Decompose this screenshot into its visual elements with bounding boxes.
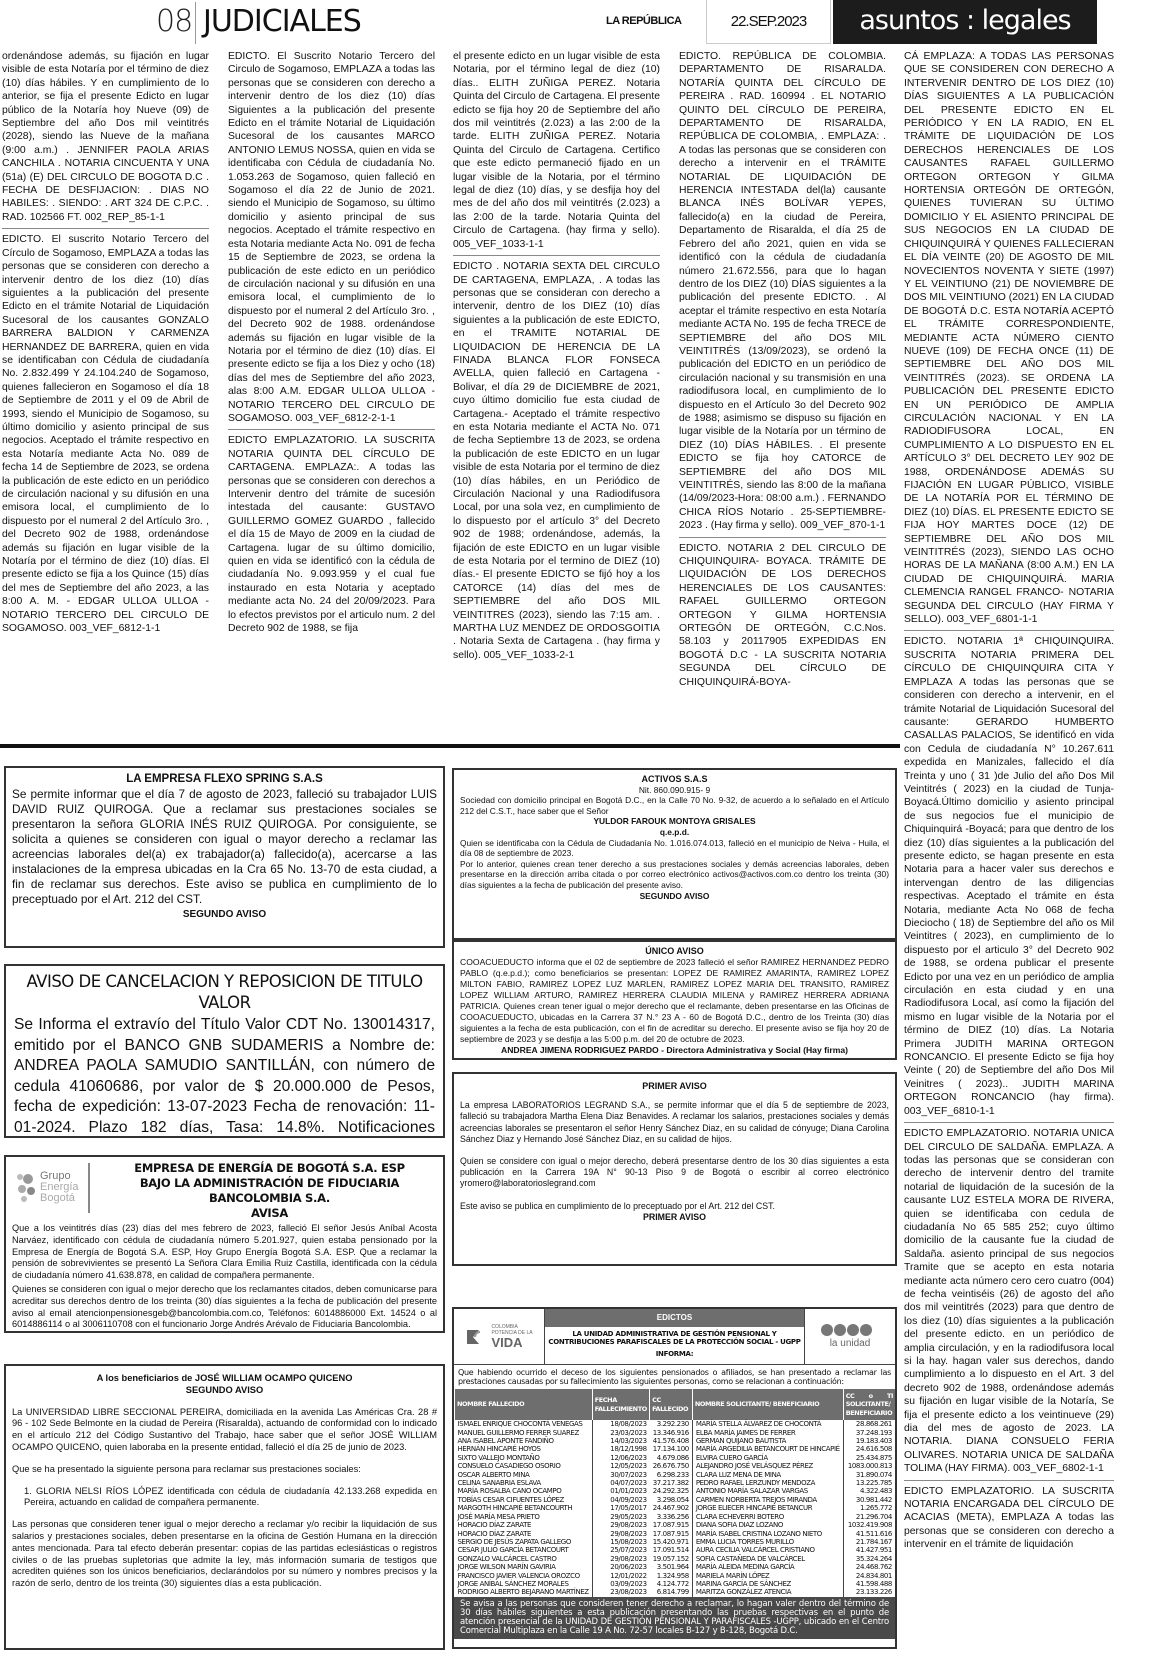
ad-body: Se permite informar que el día 7 de agos… [12,787,437,907]
ugpp-title-block: EDICTOS LA UNIDAD ADMINISTRATIVA DE GEST… [544,1309,805,1364]
table-row: MARÍA ROSALBA CANO OCAMPO01/01/202324.29… [455,1487,896,1495]
ad-title: ACTIVOS S.A.S [460,774,889,785]
table-cell: HORACIO DÍAZ ZARATE [455,1521,593,1529]
ad-body-3: Las personas que consideren tener igual … [12,1519,437,1590]
table-cell: 19.183.403 [843,1437,895,1445]
ad-intro: Sociedad con domicilio principal en Bogo… [460,795,889,816]
ad-body: La UNIVERSIDAD LIBRE SECCIONAL PEREIRA, … [12,1407,437,1454]
table-cell: MARÍA STELLA ÁLVAREZ DE CHOCONTÁ [692,1420,843,1428]
table-cell: 04/07/2023 [592,1479,649,1487]
table-cell: 15.420.971 [650,1538,693,1546]
ad-body: Que a los veintitrés días (23) días del … [12,1223,437,1282]
table-cell: 41.576.408 [650,1437,693,1445]
ad-body-2: Por lo anterior, quienes crean tener der… [460,859,889,891]
table-cell: 26.676.750 [650,1462,693,1470]
ad-ugpp-edictos: COLOMBIA POTENCIA DE LA VIDA EDICTOS LA … [452,1307,897,1649]
table-row: FRANCISCO JAVIER VALENCIA OROZCO12/01/20… [455,1572,896,1580]
table-cell: 6.298.233 [650,1471,693,1479]
table-cell: 1.324.958 [650,1572,693,1580]
table-row: JOSÉ MARÍA MESA PRIETO29/05/20233.336.25… [455,1513,896,1521]
table-cell: 17.087.915 [650,1530,693,1538]
table-cell: 3.292.230 [650,1420,693,1428]
table-row: OSCAR ALBERTO MINA30/07/20236.298.233CLA… [455,1471,896,1479]
table-cell: 17/05/2017 [592,1504,649,1512]
ad-title: A los beneficiarios de JOSÉ WILLIAM OCAM… [12,1373,437,1385]
table-row: HORACIO DÍAZ ZARATE29/08/202317.087.915D… [455,1521,896,1529]
table-cell: 17.134.100 [650,1445,693,1453]
table-cell: MARÍA ALEIDA MEDINA GARCÍA [692,1563,843,1571]
table-cell: 31.890.074 [843,1471,895,1479]
edictos-bar: EDICTOS [545,1309,804,1327]
table-cell: JORGE ELIECER HINCAPIÉ BETANCUR [692,1504,843,1512]
table-cell: 29/05/2023 [592,1513,649,1521]
ad-subtitle: SEGUNDO AVISO [12,1385,437,1397]
ad-flexo-spring: LA EMPRESA FLEXO SPRING S.A.S Se permite… [4,766,445,948]
table-cell: CONSUELO CASADIEGO OSORIO [455,1462,593,1470]
table-cell: 21.296.704 [843,1513,895,1521]
ad-body: COOACUEDUCTO informa que el 02 de septie… [460,957,889,1045]
table-cell: 14/03/2023 [592,1437,649,1445]
column-5: CÁ EMPLAZA: A TODAS LAS PERSONAS QUE SE … [904,50,1114,1653]
table-cell: 1.265.772 [843,1504,895,1512]
page-number: 08 [156,4,192,39]
col-header: NOMBRE SOLICITANTE/ BENEFICIARIO [692,1389,843,1420]
column-4: EDICTO. REPÚBLICA DE COLOMBIA. DEPARTAME… [679,50,886,742]
table-cell: 24.468.762 [843,1563,895,1571]
ad-body: Se Informa el extravío del Título Valor … [14,1015,435,1138]
colombia-vida-logo: COLOMBIA POTENCIA DE LA VIDA [454,1309,544,1364]
ad-heading: EMPRESA DE ENERGÍA DE BOGOTÁ S.A. ESP BA… [102,1161,437,1221]
table-cell: 24.834.801 [843,1572,895,1580]
table-body: ISMAEL ENRIQUE CHOCONTÁ VENEGAS18/08/202… [455,1420,896,1597]
table-cell: 15/08/2023 [592,1538,649,1546]
ad-body: La empresa LABORATORIOS LEGRAND S.A., se… [460,1100,889,1145]
ad-footer: SEGUNDO AVISO [12,907,437,922]
header-divider [195,2,196,44]
edict-text: CÁ EMPLAZA: A TODAS LAS PERSONAS QUE SE … [904,50,1114,631]
table-cell: 29/08/2023 [592,1521,649,1529]
ugpp-title: LA UNIDAD ADMINISTRATIVA DE GESTIÓN PENS… [545,1330,804,1347]
edict-text: ordenándose además, su fijación en lugar… [2,50,209,229]
table-row: CONSUELO CASADIEGO OSORIO12/05/202326.67… [455,1462,896,1470]
table-cell: ANTONIO MARÍA SALAZAR VARGAS [692,1487,843,1495]
table-cell: 4.322.483 [843,1487,895,1495]
col-header: CC FALLECIDO [650,1389,693,1420]
table-row: ISMAEL ENRIQUE CHOCONTÁ VENEGAS18/08/202… [455,1420,896,1428]
table-cell: MARITZA GONZÁLEZ ATENCIA [692,1588,843,1596]
logo-divider [88,1163,90,1213]
table-row: HERNÁN HINCAPIÉ HOYOS18/12/199817.134.10… [455,1445,896,1453]
table-row: GONZALO VALCÁRCEL CASTRO29/08/202319.057… [455,1555,896,1563]
heading-1: EMPRESA DE ENERGÍA DE BOGOTÁ S.A. ESP [102,1161,437,1176]
edict-text: EDICTO . NOTARIA SEXTA DEL CIRCULO DE CA… [453,260,660,666]
page-header: 08 JUDICIALES LA REPÚBLICA 22.SEP.2023 a… [0,0,1174,46]
table-cell: 37.248.193 [843,1429,895,1437]
table-cell: 17.091.514 [650,1546,693,1554]
table-cell: SIXTO VALLEJO MONTAÑO [455,1454,593,1462]
table-cell: 20/06/2023 [592,1563,649,1571]
column-1: ordenándose además, su fijación en lugar… [2,50,209,742]
edict-text: el presente edicto en un lugar visible d… [453,50,660,256]
table-cell: 13.225.785 [843,1479,895,1487]
ad-footer: PRIMER AVISO [460,1212,889,1223]
table-cell: 30.981.442 [843,1496,895,1504]
table-cell: ELVIRA CUERO GARCÍA [692,1454,843,1462]
table-cell: 24.292.325 [650,1487,693,1495]
deceased-name: YULDOR FAROUK MONTOYA GRISALES [460,816,889,827]
edict-text: EDICTO EMPLAZATORIO. NOTARIA UNICA DEL C… [904,1127,1114,1481]
table-cell: 30/07/2023 [592,1471,649,1479]
table-cell: CLARA ECHEVERRI BOTERO [692,1513,843,1521]
ad-body: Quien se identificaba con la Cédula de C… [460,838,889,859]
ugpp-footer: Se avisa a las personas que consideren t… [454,1597,895,1639]
table-cell: MARIELA MARÍN LÓPEZ [692,1572,843,1580]
table-cell: 35.324.264 [843,1555,895,1563]
edict-text: EDICTO. El Suscrito Notario Tercero del … [228,50,435,430]
table-cell: 23.133.226 [843,1588,895,1596]
table-cell: 23/03/2023 [592,1429,649,1437]
edict-text: EDICTO EMPLAZATORIO. LA SUSCRITA NOTARIA… [228,434,435,639]
ad-laboratorios-legrand: PRIMER AVISO La empresa LABORATORIOS LEG… [452,1072,897,1266]
table-cell: 18/08/2023 [592,1420,649,1428]
table-cell: 04/09/2023 [592,1496,649,1504]
table-cell: 41.598.488 [843,1580,895,1588]
edict-text: EDICTO. REPÚBLICA DE COLOMBIA. DEPARTAME… [679,50,886,538]
table-cell: CLARA LUZ MENA DE MINA [692,1471,843,1479]
table-cell: 25.434.875 [843,1454,895,1462]
ad-title: LA EMPRESA FLEXO SPRING S.A.S [12,772,437,787]
table-cell: 24.467.902 [650,1504,693,1512]
table-cell: 24.616.508 [843,1445,895,1453]
table-cell: 19.057.152 [650,1555,693,1563]
table-cell: 18/12/1998 [592,1445,649,1453]
table-cell: 6.814.799 [650,1588,693,1596]
ad-nit: Nit. 860.090.915- 9 [460,785,889,796]
table-cell: 1083.000.813 [843,1462,895,1470]
table-row: MARGOTH HINCAPIÉ BETANCOURTH17/05/201724… [455,1504,896,1512]
table-row: CESAR JULIO GARCÍA BETANCOURT25/07/20231… [455,1546,896,1554]
table-cell: 17.087.915 [650,1521,693,1529]
logo-text: la unidad [830,1337,871,1351]
table-cell: FRANCISCO JAVIER VALENCIA OROZCO [455,1572,593,1580]
table-cell: JOSÉ MARÍA MESA PRIETO [455,1513,593,1521]
table-cell: 4.679.086 [650,1454,693,1462]
table-cell: MARGOTH HINCAPIÉ BETANCOURTH [455,1504,593,1512]
table-row: RODRIGO ALBERTO BEJARANO MARTÍNEZ23/08/2… [455,1588,896,1596]
table-row: HORACIO DÍAZ ZARATE29/08/202317.087.915M… [455,1530,896,1538]
table-cell: 29/08/2023 [592,1530,649,1538]
table-cell: 3.336.256 [650,1513,693,1521]
issue-date: 22.SEP.2023 [706,0,831,44]
table-cell: 12/01/2022 [592,1572,649,1580]
table-cell: ELBA MARÍA JAIMES DE FERRER [692,1429,843,1437]
ad-body-2: Que se ha presentado la siguiente person… [12,1464,437,1476]
claimant-item: 1. GLORIA NELSI RÍOS LÓPEZ identificada … [24,1486,437,1510]
ad-body-2: Quien se considere con igual o mejor der… [460,1156,889,1190]
column-2: EDICTO. El Suscrito Notario Tercero del … [228,50,435,742]
table-cell: MARÍA ROSALBA CANO OCAMPO [455,1487,593,1495]
table-cell: MARÍA ISABEL CRISTINA LOZANO NIETO [692,1530,843,1538]
table-cell: 23/08/2023 [592,1588,649,1596]
ad-title: PRIMER AVISO [460,1081,889,1092]
publication-name: LA REPÚBLICA [606,15,681,27]
ugpp-header: COLOMBIA POTENCIA DE LA VIDA EDICTOS LA … [454,1309,895,1365]
table-cell: 3.501.964 [650,1563,693,1571]
table-cell: ISMAEL ENRIQUE CHOCONTÁ VENEGAS [455,1420,593,1428]
beneficiaries-table: NOMBRE FALLECIDO FECHA FALLECIMIENTO CC … [454,1389,895,1597]
ad-signature: ANDREA JIMENA RODRIGUEZ PARDO - Director… [460,1045,889,1056]
brand-logo: asuntos : legales [833,0,1097,44]
column-3: el presente edicto en un lugar visible d… [453,50,660,742]
table-cell: 3.298.054 [650,1496,693,1504]
table-cell: MANUEL GUILLERMO FERRER SUAREZ [455,1429,593,1437]
table-cell: JORGE WILSON MARÍN GAVIRIA [455,1563,593,1571]
ad-activos: ACTIVOS S.A.S Nit. 860.090.915- 9 Socied… [452,768,897,940]
table-cell: RODRIGO ALBERTO BEJARANO MARTÍNEZ [455,1588,593,1596]
ad-body-3: Este aviso se publica en cumplimiento de… [460,1201,889,1212]
table-cell: DIANA SOFIA DIAZ LOZANO [692,1521,843,1529]
edict-text: EDICTO. El suscrito Notario Tercero del … [2,233,209,639]
ad-title: ÚNICO AVISO [460,946,889,957]
section-divider [0,744,900,748]
logo-text: Bogotá [40,1193,79,1204]
ugpp-intro: Que habiendo ocurrido el deceso de los s… [454,1365,895,1389]
col-header: FECHA FALLECIMIENTO [592,1389,649,1420]
table-cell: 03/09/2023 [592,1580,649,1588]
heading-2: BAJO LA ADMINISTRACIÓN DE FIDUCIARIA BAN… [102,1176,437,1206]
table-cell: 41.427.951 [843,1546,895,1554]
table-cell: 28.868.261 [843,1420,895,1428]
table-cell: 37.217.382 [650,1479,693,1487]
table-cell: CESAR JULIO GARCÍA BETANCOURT [455,1546,593,1554]
grupo-energia-logo: Grupo Energía Bogotá [14,1169,84,1219]
table-cell: 25/07/2023 [592,1546,649,1554]
unidad-dots-icon [820,1323,880,1337]
table-cell: 13.346.916 [650,1429,693,1437]
ad-universidad-libre: A los beneficiarios de JOSÉ WILLIAM OCAM… [4,1364,445,1650]
heading-3: AVISA [102,1206,437,1221]
table-row: JORGE WILSON MARÍN GAVIRIA20/06/20233.50… [455,1563,896,1571]
edict-text: EDICTO. NOTARIA 1ª CHIQUINQUIRA. SUSCRIT… [904,635,1114,1123]
table-row: MANUEL GUILLERMO FERRER SUAREZ23/03/2023… [455,1429,896,1437]
logo-text: VIDA [491,1336,532,1349]
informa-label: INFORMA: [545,1350,804,1359]
la-unidad-logo: la unidad [805,1309,895,1364]
table-cell: 41.511.616 [843,1530,895,1538]
table-cell: HORACIO DÍAZ ZARATE [455,1530,593,1538]
colombia-flag-icon [465,1326,487,1348]
table-cell: 29/08/2023 [592,1555,649,1563]
table-cell: HERNÁN HINCAPIÉ HOYOS [455,1445,593,1453]
table-row: SIXTO VALLEJO MONTAÑO12/06/20234.679.086… [455,1454,896,1462]
table-cell: 21.784.167 [843,1538,895,1546]
qepd: q.e.p.d. [460,827,889,838]
col-header: NOMBRE FALLECIDO [455,1389,593,1420]
table-cell: GONZALO VALCÁRCEL CASTRO [455,1555,593,1563]
section-title: JUDICIALES [203,4,361,39]
table-cell: ALEJANDRO JOSÉ VELÁSQUEZ PÉREZ [692,1462,843,1470]
table-cell: MARÍA ARGEDILIA BETANCOURT DE HINCAPIÉ [692,1445,843,1453]
ad-energia-bogota: Grupo Energía Bogotá EMPRESA DE ENERGÍA … [4,1155,445,1333]
col-header: CC o TI SOLICITANTE/ BENEFICIARIO [843,1389,895,1420]
edict-text: EDICTO EMPLAZATORIO. LA SUSCRITA NOTARIA… [904,1485,1114,1556]
table-cell: OSCAR ALBERTO MINA [455,1471,593,1479]
ad-cooacueducto: ÚNICO AVISO COOACUEDUCTO informa que el … [452,940,897,1060]
ad-footer: SEGUNDO AVISO [460,891,889,902]
table-cell: SOFIA CASTAÑEDA DE VALCÁRCEL [692,1555,843,1563]
table-header-row: NOMBRE FALLECIDO FECHA FALLECIMIENTO CC … [455,1389,896,1420]
table-cell: 12/05/2023 [592,1462,649,1470]
table-cell: 1032.419.908 [843,1521,895,1529]
ad-title: AVISO DE CANCELACION Y REPOSICION DE TIT… [14,972,435,1013]
ad-body-2: Quienes se consideren con igual o mejor … [12,1284,437,1331]
ad-cdt-cancellation: AVISO DE CANCELACION Y REPOSICION DE TIT… [4,964,445,1138]
dots-logo-icon [14,1169,38,1209]
table-cell: 12/06/2023 [592,1454,649,1462]
table-cell: 01/01/2023 [592,1487,649,1495]
table-cell: 4.124.772 [650,1580,693,1588]
table-cell: AURA CECILIA VALCÁRCEL CRISTIANO [692,1546,843,1554]
edict-text: EDICTO. NOTARIA 2 DEL CIRCULO DE CHIQUIN… [679,542,886,693]
